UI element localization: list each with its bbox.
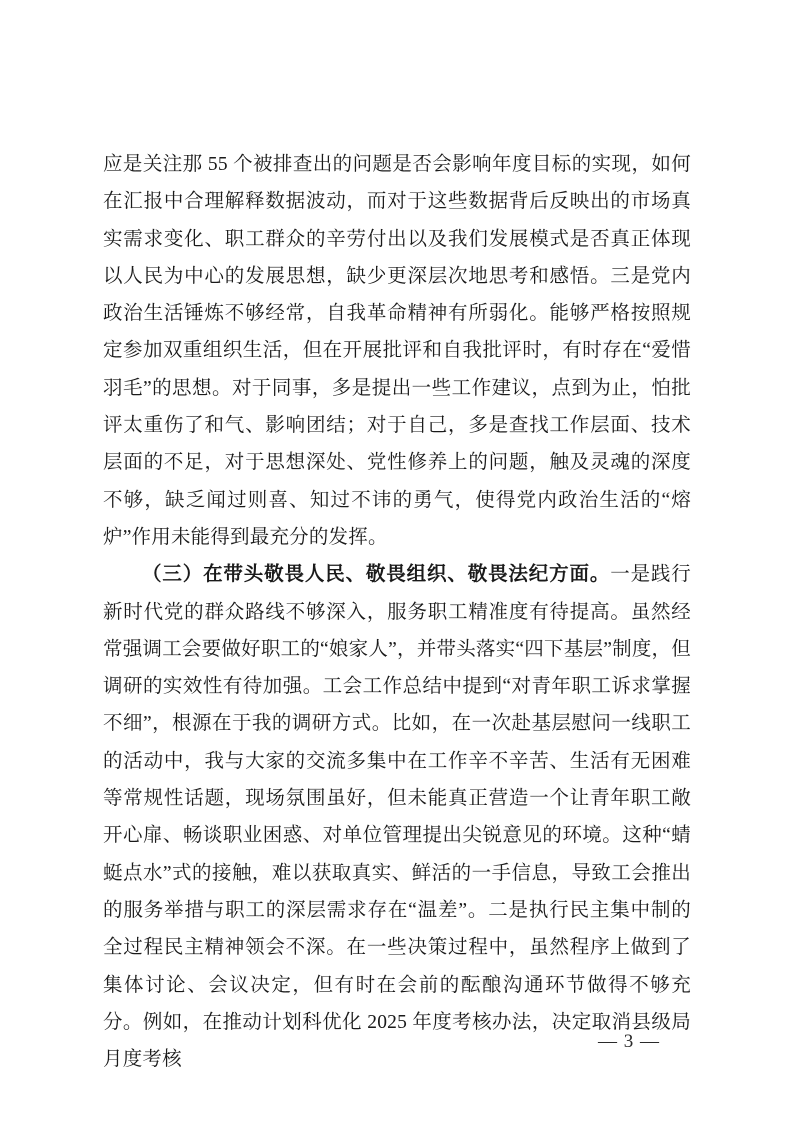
document-page: 应是关注那 55 个被排查出的问题是否会影响年度目标的实现，如何在汇报中合理解释…	[0, 0, 793, 1122]
page-number: — 3 —	[598, 1030, 778, 1054]
paragraph-section-three: （三）在带头敬畏人民、敬畏组织、敬畏法纪方面。一是践行新时代党的群众路线不够深入…	[103, 556, 691, 1078]
document-body: 应是关注那 55 个被排查出的问题是否会影响年度目标的实现，如何在汇报中合理解释…	[103, 146, 691, 1078]
body-text: 应是关注那 55 个被排查出的问题是否会影响年度目标的实现，如何在汇报中合理解释…	[103, 154, 691, 548]
section-three-heading: （三）在带头敬畏人民、敬畏组织、敬畏法纪方面。	[142, 564, 610, 585]
paragraph-continuation: 应是关注那 55 个被排查出的问题是否会影响年度目标的实现，如何在汇报中合理解释…	[103, 146, 691, 556]
body-text: 一是践行新时代党的群众路线不够深入，服务职工精准度有待提高。虽然经常强调工会要做…	[103, 564, 691, 1070]
